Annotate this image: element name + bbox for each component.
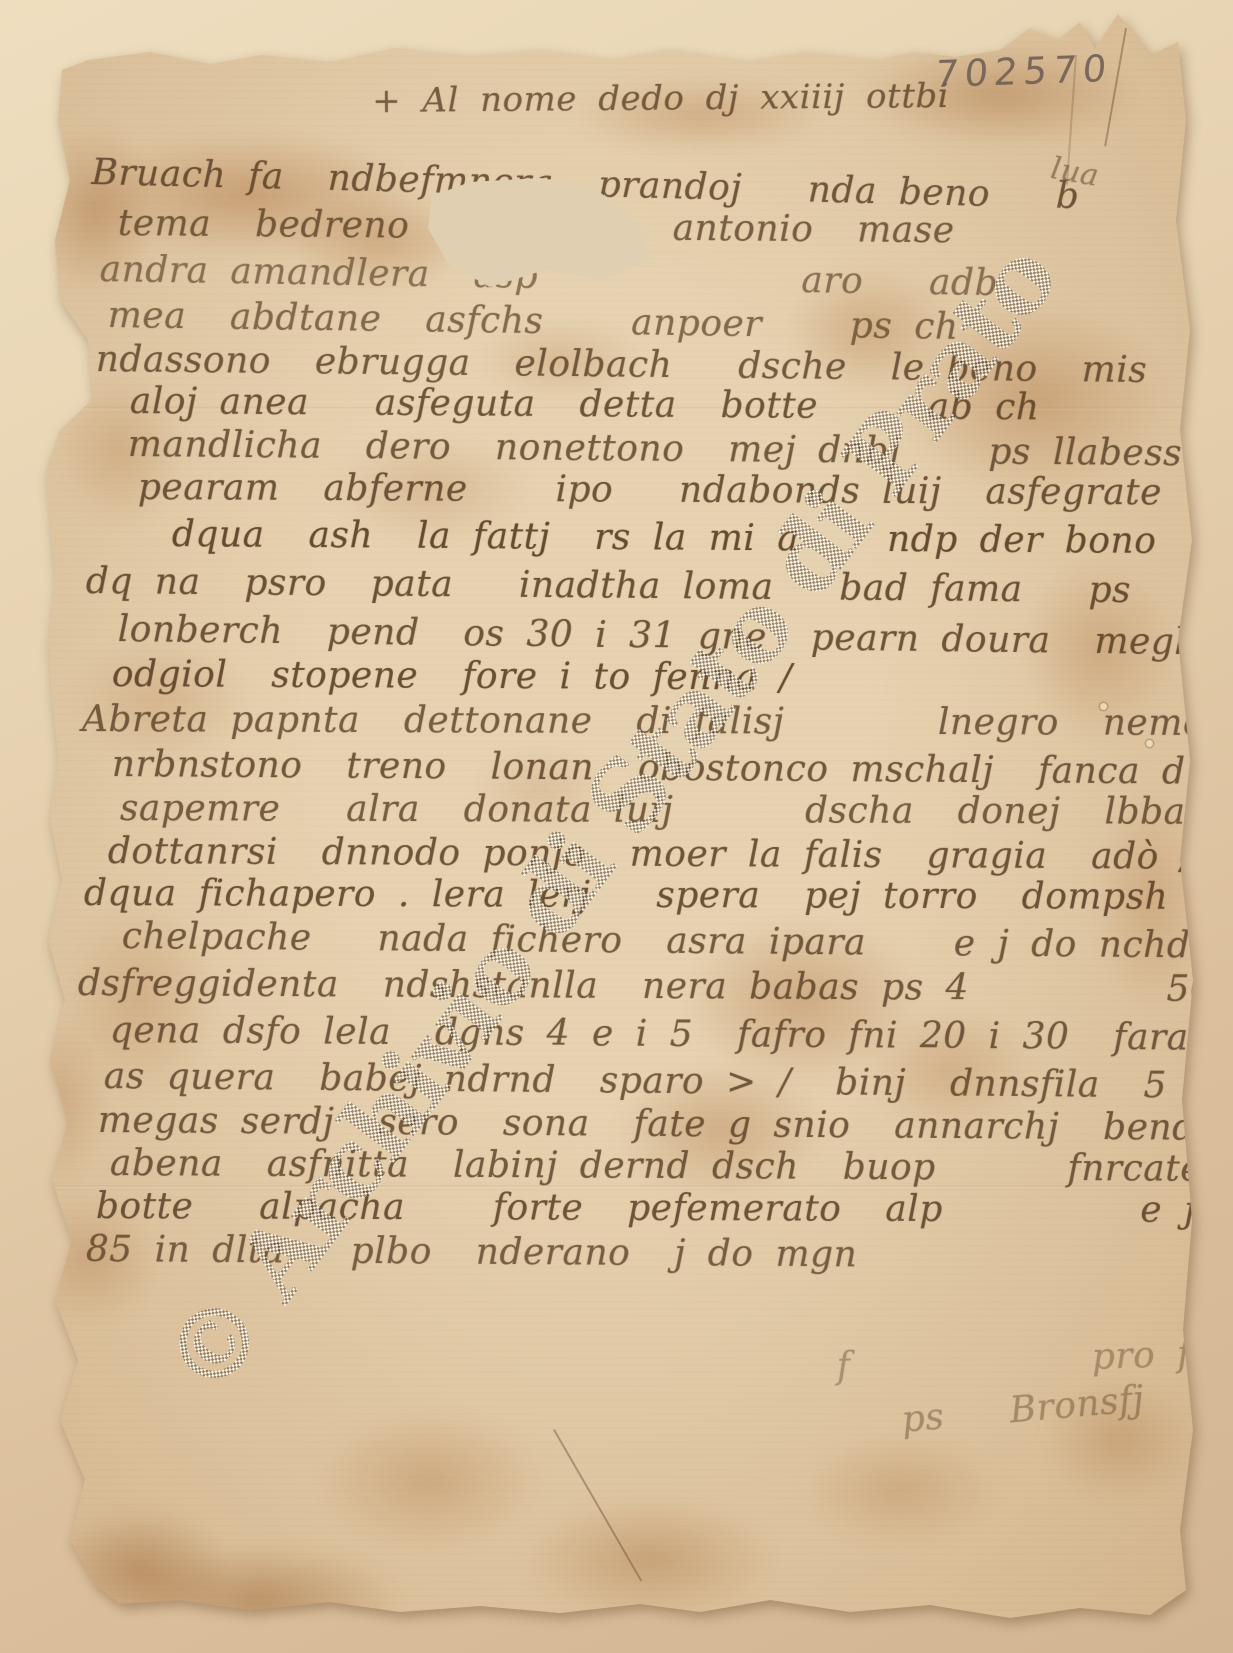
handwriting-line: f pro fr <box>836 1333 1209 1387</box>
handwriting-line: as quera babej ndrnd sparo > / binj dnns… <box>104 1056 1233 1107</box>
handwriting-line: qena dsfo lela dgns 4 e i 5 fafro fni 20… <box>110 1010 1233 1059</box>
handwriting-line: aloj anea asfeguta detta botte ab ch bos… <box>130 381 1233 431</box>
handwriting-line: dsfreggidenta ndshstanlla nera babas ps … <box>78 963 1233 1011</box>
manuscript-page: + Al nome dedo dj xxiiij ottbiBruach fa … <box>0 0 1233 1653</box>
handwriting-line: dq na psro pata inadtha loma bad fama ps… <box>86 561 1233 614</box>
manuscript-scan: + Al nome dedo dj xxiiij ottbiBruach fa … <box>0 0 1233 1653</box>
handwriting-line: dqua fichapero . lera lerj spera pej tor… <box>84 873 1233 919</box>
handwriting-line: ps Bronsfj <box>900 1379 1146 1441</box>
handwriting-line: + Al nome dedo dj xxiiij ottbi <box>372 77 949 121</box>
handwriting-line: chelpache nada fichero asra ipara e j do… <box>122 916 1233 968</box>
handwriting-line: tema bedreno antonio mase soo <box>118 203 1233 255</box>
handwriting-line: megas serdj sero sona fate g snio annarc… <box>98 1100 1233 1150</box>
handwriting-line: dqua ash la fattj rs la mi a ndp der bon… <box>172 514 1157 562</box>
archive-number: 702570 <box>933 47 1114 96</box>
scanner-background: { "document": { "archive_number": "70257… <box>0 0 1233 1653</box>
handwriting-line: pearam abferne ipo ndabonds luij asfegra… <box>138 467 1233 514</box>
